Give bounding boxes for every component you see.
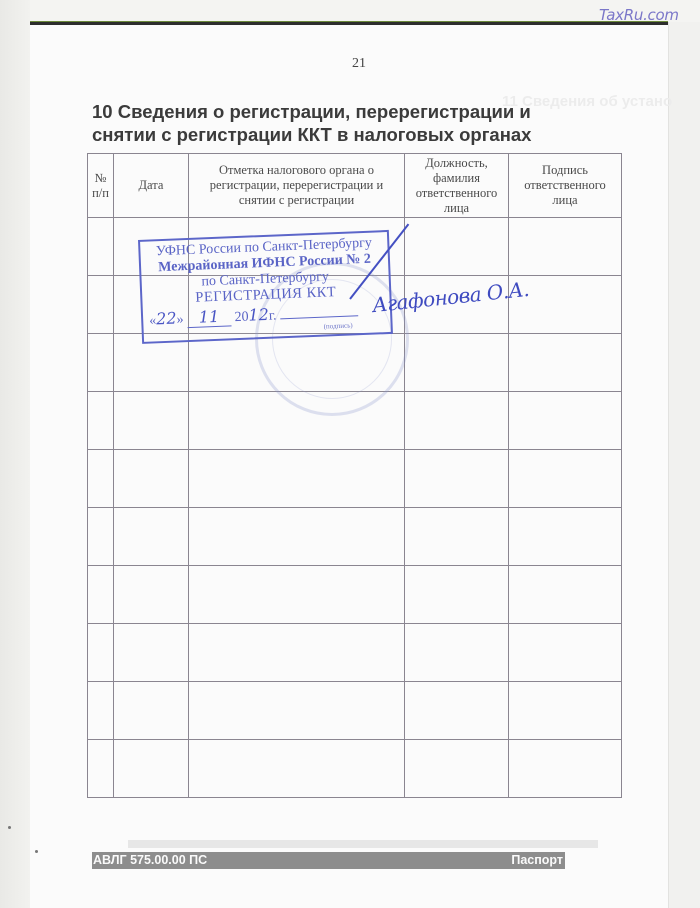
table-cell [405,624,509,682]
table-cell [405,740,509,798]
table-row [88,450,622,508]
registration-stamp: УФНС России по Санкт-Петербургу Межрайон… [138,230,393,344]
table-cell [509,740,622,798]
table-cell [189,450,405,508]
stamp-month: 11 [187,306,232,328]
table-cell [88,218,114,276]
stamp-year-prefix: 20 [234,310,249,326]
table-cell [114,392,189,450]
stamp-year-mark: г. [269,309,277,324]
watermark: TaxRu.com [599,6,679,24]
table-cell [114,682,189,740]
table-row [88,566,622,624]
bleed-through-footer [128,840,598,848]
footer-document-code: АВЛГ 575.00.00 ПС [93,852,207,869]
scan-background [0,0,30,908]
table-cell [114,566,189,624]
table-cell [189,740,405,798]
table-cell [405,392,509,450]
table-cell [509,450,622,508]
table-cell [88,566,114,624]
table-cell [405,508,509,566]
scan-speck [35,850,38,853]
table-row [88,740,622,798]
stamp-day: 22 [156,309,177,329]
header-number: № п/п [88,154,114,218]
table-cell [88,450,114,508]
table-cell [509,566,622,624]
header-tax-authority-mark: Отметка налогового органа о регистрации,… [189,154,405,218]
table-cell [405,566,509,624]
table-cell [405,334,509,392]
table-cell [189,682,405,740]
page-edge [668,22,700,908]
header-date: Дата [114,154,189,218]
table-cell [189,624,405,682]
table-cell [509,682,622,740]
table-cell [405,218,509,276]
header-signature: Подпись ответственного лица [509,154,622,218]
table-cell [509,334,622,392]
footer-document-type: Паспорт [511,852,563,869]
table-cell [405,450,509,508]
stamp-signature-caption: (подпись) [323,321,352,330]
table-cell [189,566,405,624]
table-cell [114,450,189,508]
header-position-name: Должность, фамилия ответственного лица [405,154,509,218]
table-cell [509,218,622,276]
table-cell [189,508,405,566]
table-row [88,508,622,566]
table-cell [88,508,114,566]
page-number: 21 [352,56,366,72]
table-cell [405,682,509,740]
table-cell [88,276,114,334]
table-row [88,624,622,682]
table-cell [88,334,114,392]
table-cell [88,682,114,740]
table-cell [88,392,114,450]
section-title: 10 Сведения о регистрации, перерегистрац… [92,100,592,146]
table-cell [114,508,189,566]
table-cell [114,740,189,798]
table-row [88,682,622,740]
table-cell [114,624,189,682]
table-cell [88,624,114,682]
table-cell [509,624,622,682]
scan-speck [8,826,11,829]
table-header-row: № п/п Дата Отметка налогового органа о р… [88,154,622,218]
table-cell [509,392,622,450]
table-cell [88,740,114,798]
stamp-year-suffix: 12 [248,305,269,325]
footer-bar: АВЛГ 575.00.00 ПС Паспорт [92,852,565,869]
table-cell [509,508,622,566]
